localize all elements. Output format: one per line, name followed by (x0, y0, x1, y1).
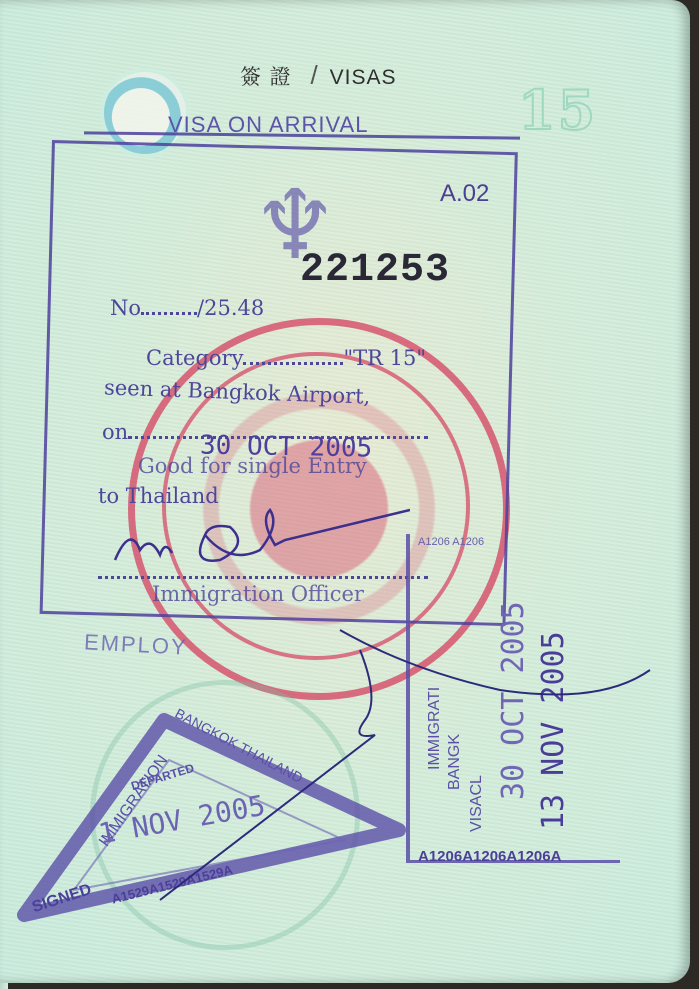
visa-no-value: /25.48 (197, 296, 264, 320)
page-header: 簽 證 / VISAS (240, 60, 396, 91)
category-field: Category"TR 15" (146, 346, 426, 370)
signature-line (98, 560, 428, 584)
on-label: on (102, 420, 128, 444)
visa-no-field: No/25.48 (110, 296, 264, 320)
visa-code: A.02 (440, 180, 489, 208)
header-divider: / (311, 60, 319, 90)
visa-serial-number: 221253 (300, 248, 450, 293)
header-chinese: 簽 證 (240, 65, 292, 89)
header-english: VISAS (330, 66, 397, 89)
good-for-line: Good for single Entry (138, 454, 367, 478)
visa-no-label: No (110, 296, 141, 320)
category-value: "TR 15" (343, 346, 426, 370)
officer-label: Immigration Officer (152, 582, 364, 606)
entry-stamp-code-top: A1206 A1206 (418, 536, 484, 548)
category-label: Category (146, 346, 243, 370)
page-number: 15 (518, 78, 597, 142)
pen-signature-stroke (150, 610, 670, 910)
